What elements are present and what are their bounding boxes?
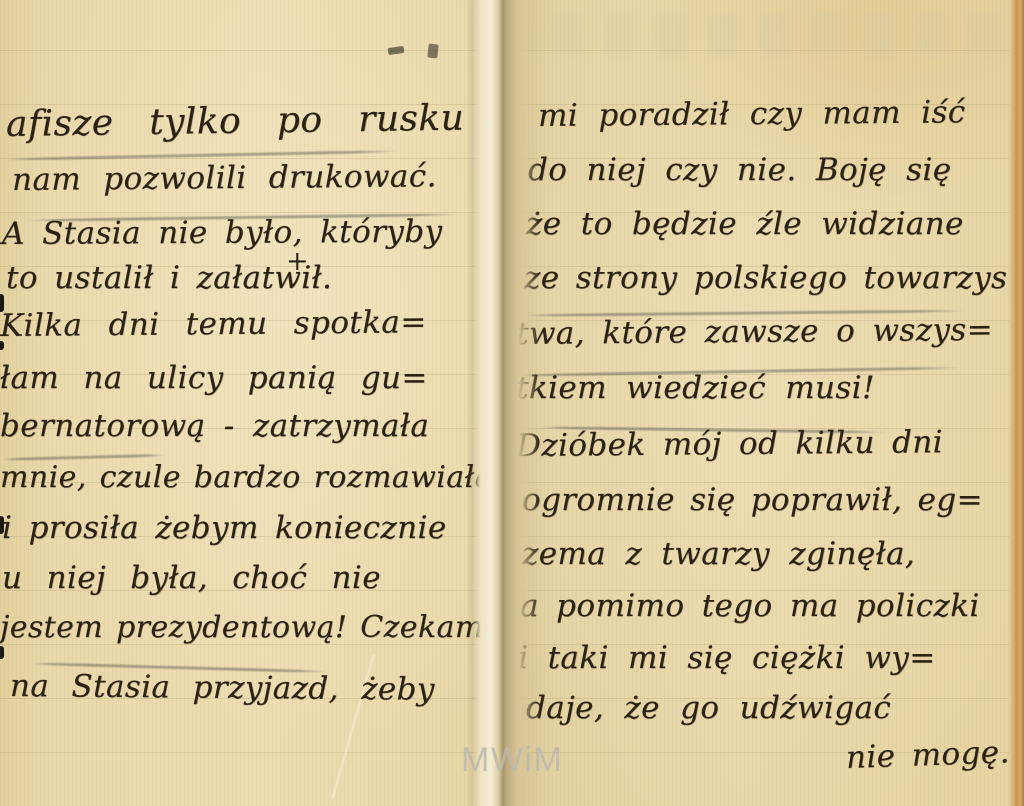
handwriting-line: ze strony polskiego towarzys= [524,260,1024,296]
handwriting-line: a pomimo tego ma policzki [520,588,980,624]
handwriting-line: twa, które zawsze o wszys= [516,312,993,352]
page-stack-edge [1009,0,1024,806]
handwriting-line: tkiem wiedzieć musi! [516,370,875,406]
handwriting-line: i taki mi się ciężki wy= [518,640,936,676]
handwriting-line: Kilka dni temu spotka= [0,304,427,344]
scan-edge-artifact [0,516,4,534]
scan-edge-artifact [0,646,4,659]
handwriting-line: zema z twarzy zginęła, [522,536,915,572]
ink-speck [427,44,438,59]
handwriting-line: i prosiła żebym koniecznie [2,510,447,546]
watermark-text: MWiM [461,741,563,780]
scan-edge-artifact [0,294,4,312]
handwriting-line: na Stasia przyjazd, żeby [10,668,435,708]
handwriting-line: nie mogę. [845,734,1010,776]
handwriting-line: daje, że go udźwigać [526,690,891,726]
handwriting-line: mi poradził czy mam iść [538,94,966,134]
handwriting-line: jestem prezydentową! Czekam [0,610,484,645]
handwriting-line: u niej była, choć nie [2,560,381,596]
handwriting-line: to ustalił i załatwił. [6,260,332,296]
right-page: mi poradził czy mam iśćdo niej czy nie. … [516,0,1010,806]
handwriting-line: łam na ulicy panią gu= [0,360,428,396]
handwriting-line: mnie, czule bardzo rozmawiała [0,460,493,495]
handwriting-line: Dzióbek mój od kilku dni [516,424,943,464]
handwriting-line: nam pozwolili drukować. [12,158,437,198]
diary-scan: + afisze tylko po ruskunam pozwolili dru… [0,0,1024,806]
handwriting-line: do niej czy nie. Boję się [528,152,951,188]
handwriting-line: bernatorową - zatrzymała [0,408,429,444]
left-page: + afisze tylko po ruskunam pozwolili dru… [0,0,478,806]
handwriting-line: że to będzie źle widziane [526,206,964,242]
scan-edge-artifact [0,341,4,350]
handwriting-line: ogromnie się poprawił, eg= [522,482,983,518]
handwriting-line: afisze tylko po rusku [6,98,465,145]
handwriting-line: A Stasia nie było, któryby [2,214,443,252]
